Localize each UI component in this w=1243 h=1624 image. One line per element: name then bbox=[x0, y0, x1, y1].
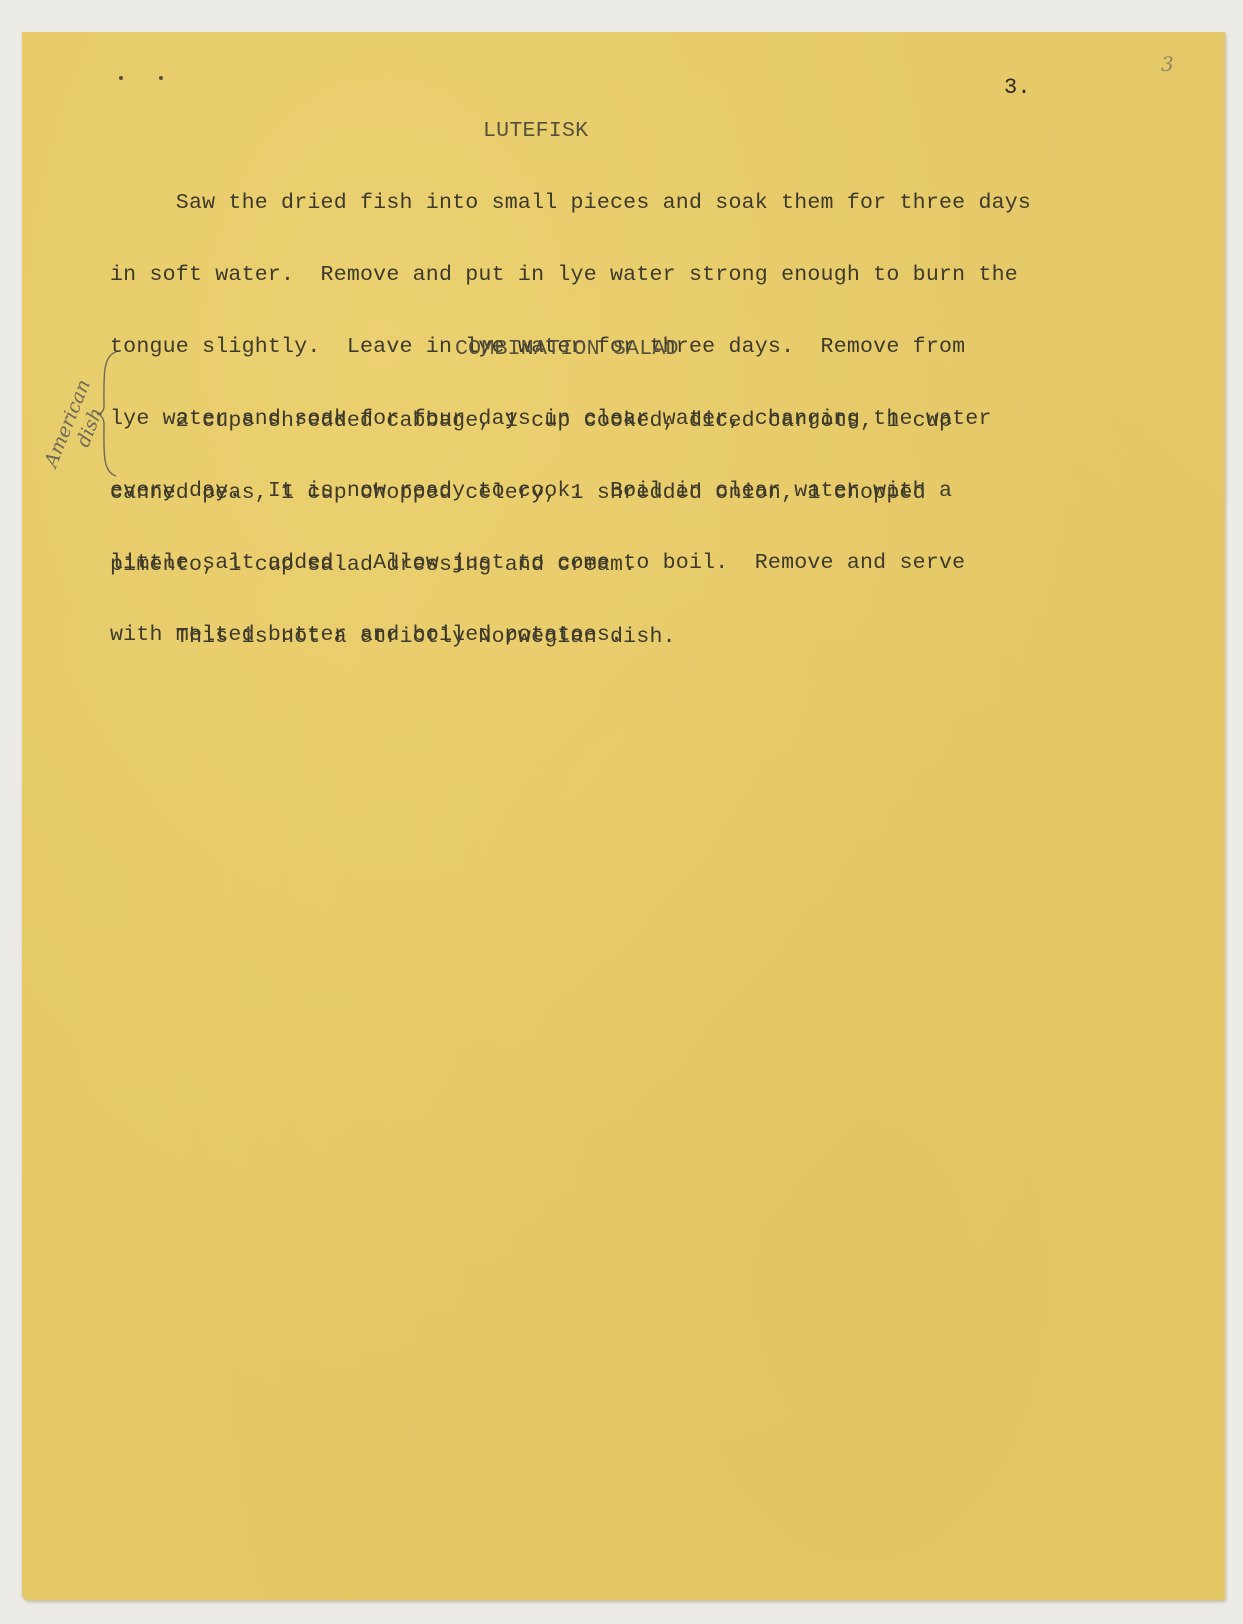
text-line: canned peas, 1 cup chopped celery, 1 shr… bbox=[110, 481, 952, 505]
pencil-page-number: 3 bbox=[1161, 52, 1174, 76]
text-line: Saw the dried fish into small pieces and… bbox=[110, 191, 1031, 215]
text-line: in soft water. Remove and put in lye wat… bbox=[110, 263, 1031, 287]
handwritten-brace-icon bbox=[96, 350, 118, 478]
recipe-title-lutefisk: LUTEFISK bbox=[483, 119, 588, 143]
text-line: pimento, 1 cup salad dressing and cream. bbox=[110, 553, 952, 577]
hole-mark bbox=[119, 76, 123, 80]
recipe-body-combination-salad: 2 cups shredded cabbage, 1 cup cooked, d… bbox=[110, 361, 952, 673]
page-number: 3. bbox=[1004, 76, 1031, 100]
text-line: 2 cups shredded cabbage, 1 cup cooked, d… bbox=[110, 409, 952, 433]
text-line: This is not a strictly Norwegian dish. bbox=[110, 625, 952, 649]
hole-mark bbox=[159, 76, 163, 80]
recipe-title-combination-salad: COMBINATION SALAD bbox=[455, 337, 679, 361]
